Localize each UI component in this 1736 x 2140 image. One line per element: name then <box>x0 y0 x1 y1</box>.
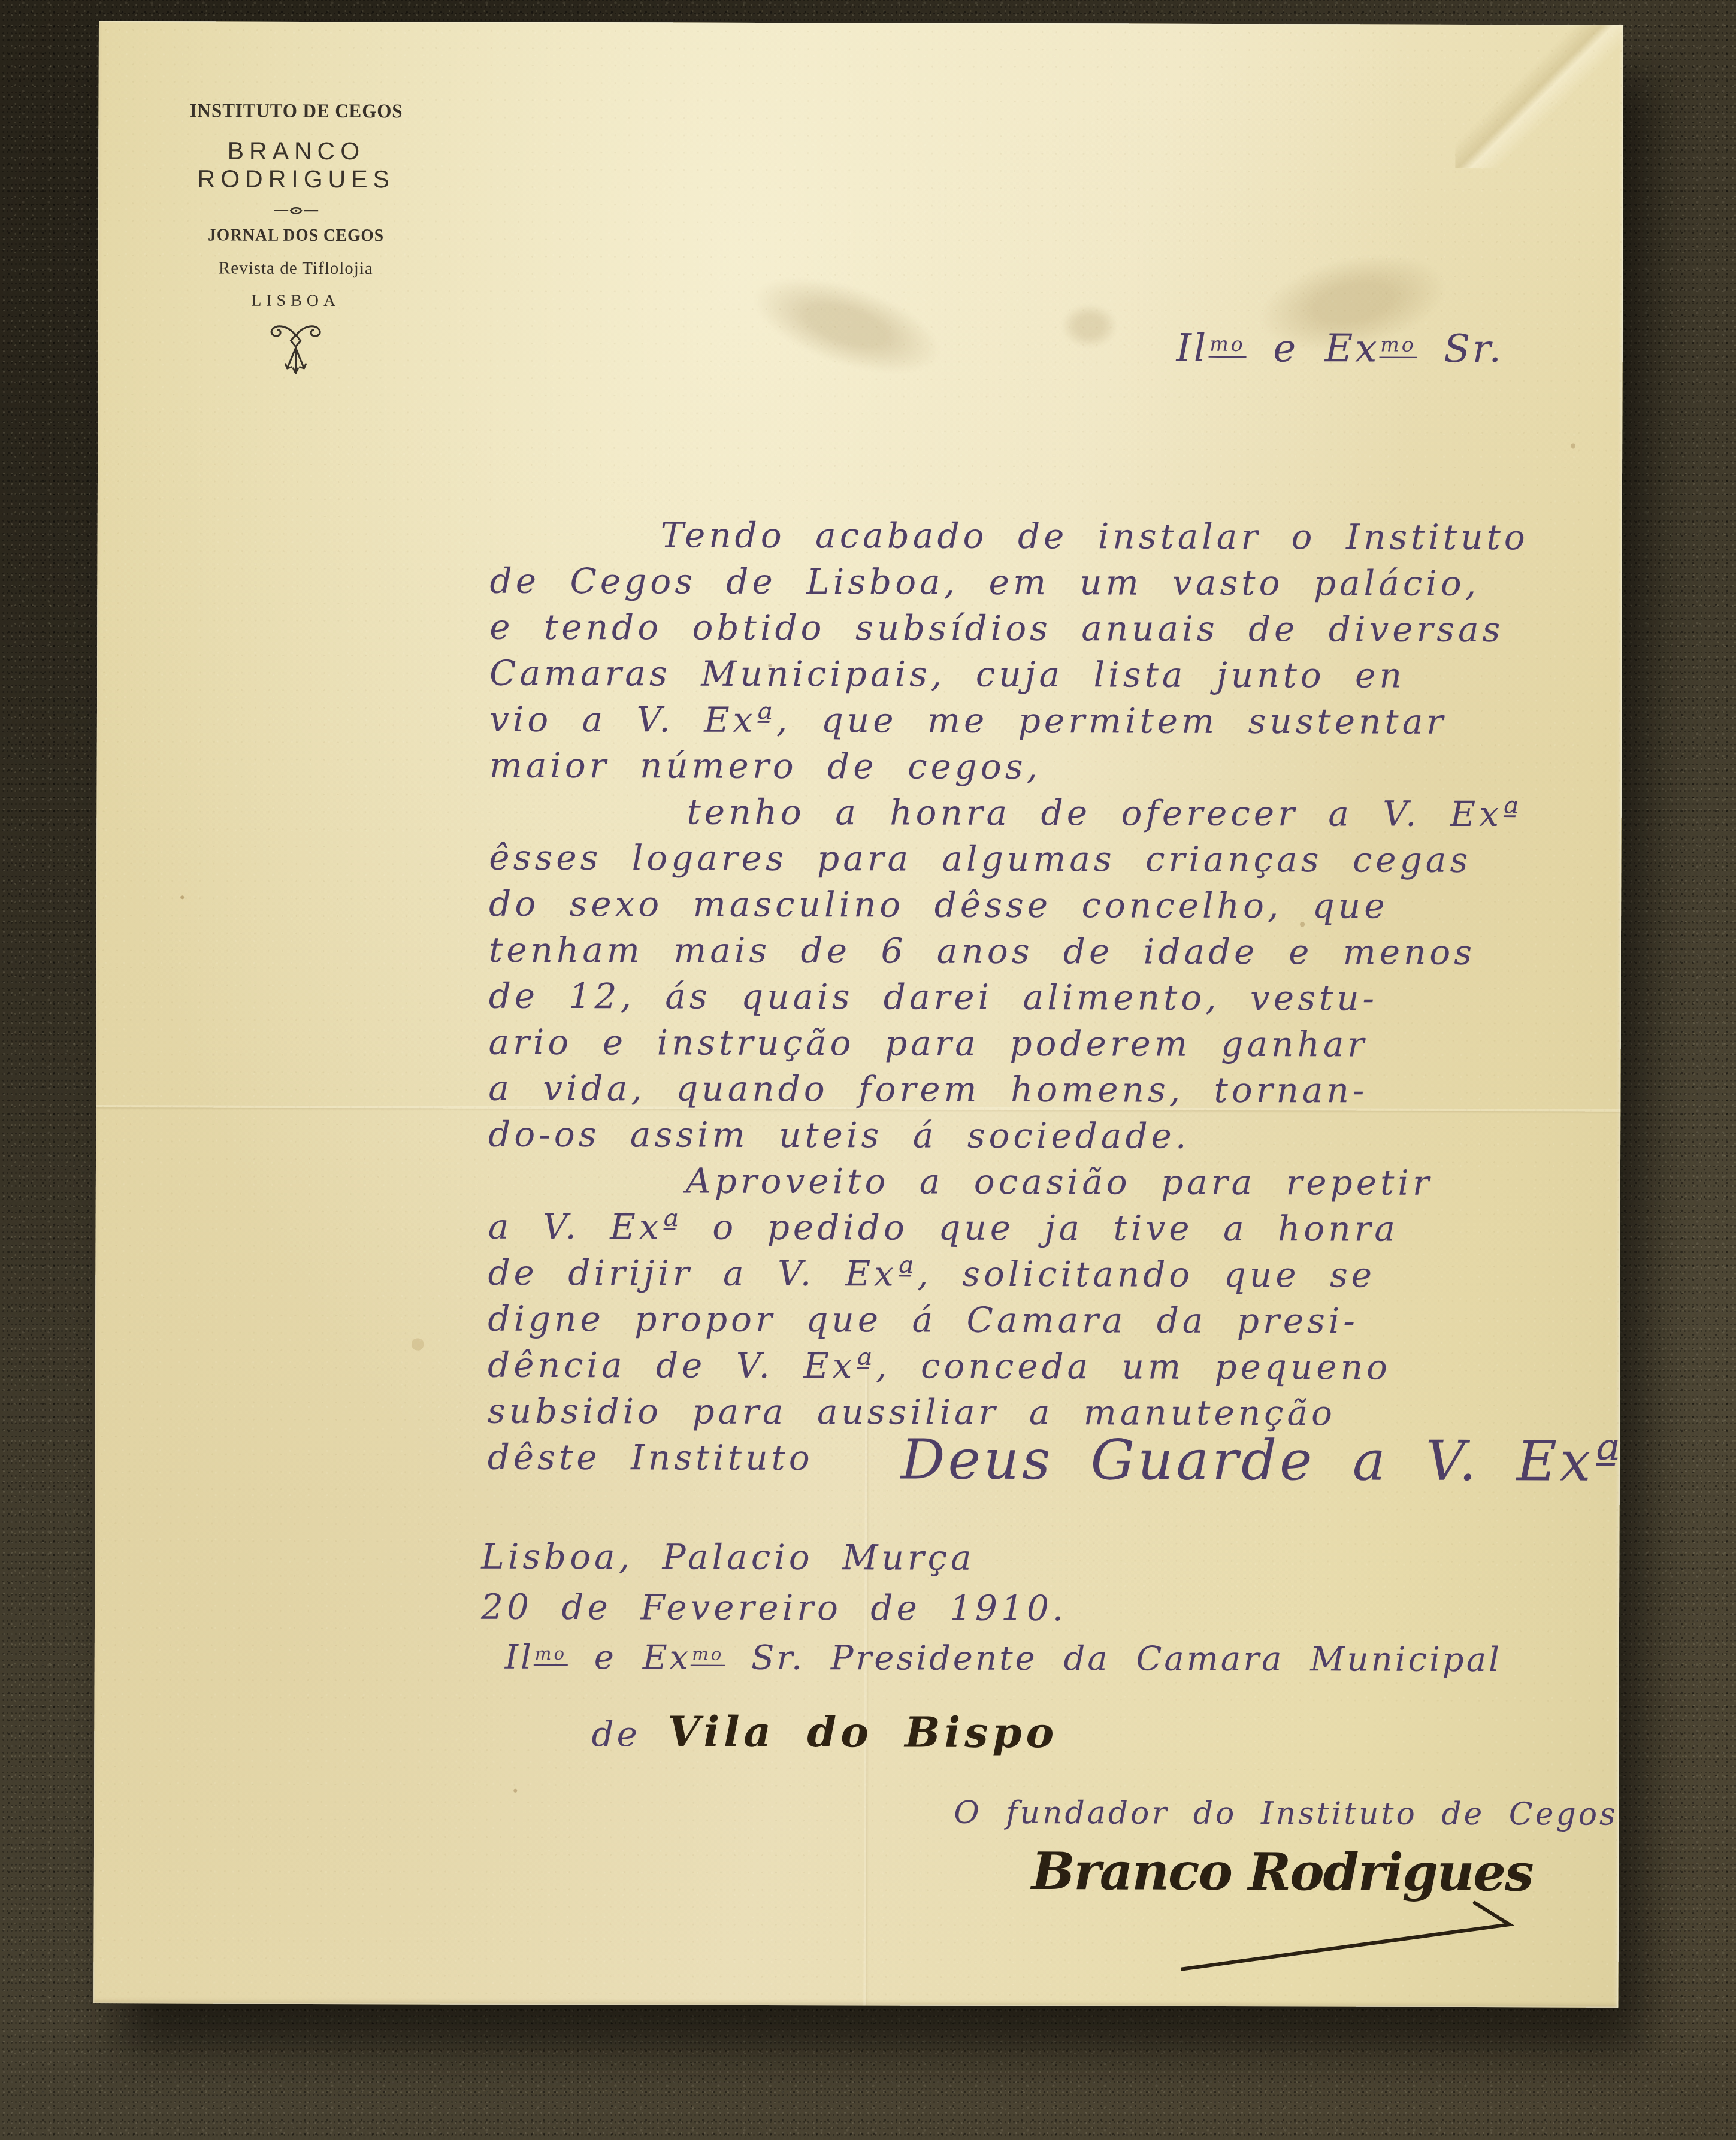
addressee-part: Il <box>505 1638 534 1677</box>
addressee-part: Sr. Presidente da Camara Municipal <box>725 1639 1502 1679</box>
addressee-part: e Ex <box>568 1638 691 1678</box>
letterhead-journal: JORNAL DOS CEGOS <box>182 225 410 246</box>
letter-line: ario e instrução para poderem ganhar <box>488 1019 1632 1069</box>
floral-sprig-icon <box>264 318 326 376</box>
letter-line: digne propor que á Camara da presi- <box>488 1296 1632 1345</box>
letter-line: êsses logares para algumas crianças cega… <box>489 835 1633 884</box>
paper-corner-wrinkle <box>1455 25 1623 169</box>
addressee-line1: Ilmo e Exmo Sr. Presidente da Camara Mun… <box>505 1638 1502 1679</box>
letter-line: Tendo acabado de instalar o Instituto <box>490 512 1634 561</box>
signature-name: Branco Rodrigues <box>1032 1841 1547 1903</box>
letter-line: de 12, ás quais darei alimento, vestu- <box>489 973 1633 1022</box>
place-and-date: Lisboa, Palacio Murça 20 de Fevereiro de… <box>481 1531 1067 1634</box>
letter-line: do-os assim uteis á sociedade. <box>488 1112 1632 1161</box>
salutation-part: e Ex <box>1247 326 1380 371</box>
addressee-prefix: de <box>591 1714 640 1754</box>
place-line: Lisboa, Palacio Murça <box>481 1531 1067 1584</box>
letterhead-institution-line2: BRANCO RODRIGUES <box>176 137 416 193</box>
addressee-municipality: Vila do Bispo <box>667 1706 1058 1757</box>
letter-line: dência de V. Exª, conceda um pequeno <box>488 1342 1632 1391</box>
letterhead-institution-line1: INSTITUTO DE CEGOS <box>184 100 409 123</box>
addressee-line2: de Vila do Bispo <box>591 1706 1058 1757</box>
letter-line: maior número de cegos, <box>489 743 1634 792</box>
letter-line: vio a V. Exª, que me permitem sustentar <box>489 697 1634 746</box>
letter-line: de dirijir a V. Exª, solicitando que se <box>488 1250 1632 1299</box>
letter-body: Tendo acabado de instalar o Instituto de… <box>488 512 1634 1484</box>
photo-of-letter: INSTITUTO DE CEGOS BRANCO RODRIGUES JORN… <box>0 0 1736 2140</box>
date-line: 20 de Fevereiro de 1910. <box>481 1582 1067 1634</box>
valediction: Deus Guarde a V. Exª <box>901 1428 1623 1494</box>
salutation-part: Sr. <box>1417 327 1504 371</box>
salutation-superscript: mo <box>1379 333 1417 358</box>
signature-flourish-icon <box>1109 1898 1528 1977</box>
divider-ornament-icon <box>273 205 319 216</box>
signoff-title: O fundador do Instituto de Cegos <box>954 1795 1618 1833</box>
letter-line: de Cegos de Lisboa, em um vasto palácio, <box>489 558 1634 607</box>
letterhead: INSTITUTO DE CEGOS BRANCO RODRIGUES JORN… <box>176 100 416 385</box>
letter-line: Aproveito a ocasião para repetir <box>488 1158 1632 1207</box>
salutation-part: Il <box>1176 326 1208 371</box>
letter-line: e tendo obtido subsídios anuais de diver… <box>489 604 1634 653</box>
letter-line: a vida, quando forem homens, tornan- <box>488 1066 1632 1115</box>
letter-paper: INSTITUTO DE CEGOS BRANCO RODRIGUES JORN… <box>93 21 1623 2008</box>
foxing-spots <box>180 895 184 899</box>
letter-line: tenho a honra de oferecer a V. Exª <box>489 789 1633 838</box>
addressee-superscript: mo <box>691 1644 725 1666</box>
letter-line: Camaras Municipais, cuja lista junto en <box>489 650 1634 700</box>
letterhead-city: LISBOA <box>176 291 416 311</box>
salutation-superscript: mo <box>1208 332 1247 358</box>
ink-smudge <box>1063 305 1117 347</box>
letter-line: do sexo masculino dêsse concelho, que <box>489 881 1633 930</box>
letterhead-journal-subtitle: Revista de Tiflolojia <box>176 258 416 279</box>
letter-line: a V. Exª o pedido que ja tive a honra <box>488 1204 1632 1253</box>
signature-block: Branco Rodrigues <box>1031 1841 1547 1992</box>
addressee-superscript: mo <box>534 1643 568 1666</box>
ink-smudge <box>741 258 953 393</box>
letter-line: tenham mais de 6 anos de idade e menos <box>489 927 1633 976</box>
salutation: Ilmo e Exmo Sr. <box>1176 326 1504 371</box>
